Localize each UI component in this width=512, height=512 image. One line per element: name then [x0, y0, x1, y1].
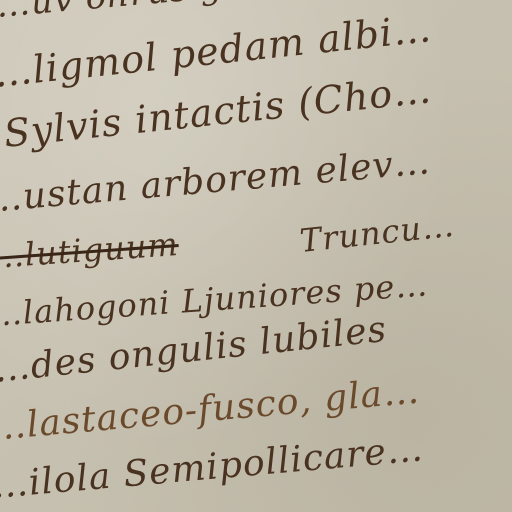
manuscript-photo: …uv ohrus glom… …ligmol pedam albi… Sylv… [0, 0, 512, 512]
manuscript-line-4: …ustan arborem elev… [0, 141, 432, 221]
manuscript-line-5-struck: …lutiguum [0, 225, 180, 276]
manuscript-line-5-tail: Truncu… [298, 206, 457, 260]
